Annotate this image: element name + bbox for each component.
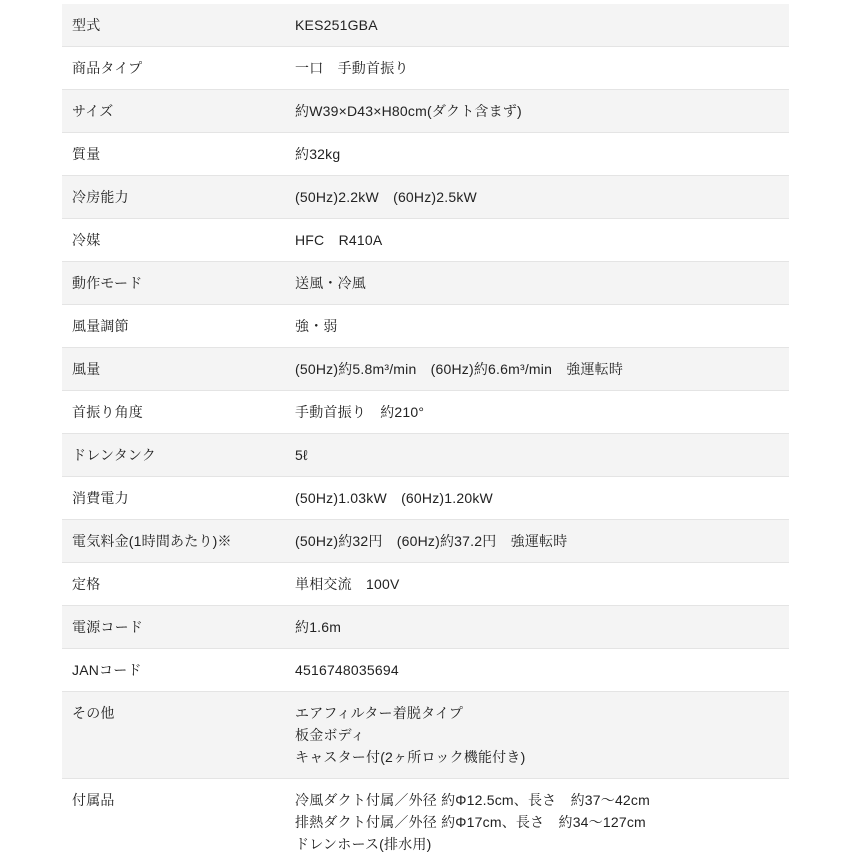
spec-value: 5ℓ: [295, 434, 789, 477]
table-row: 首振り角度 手動首振り 約210°: [62, 391, 789, 434]
table-row: 動作モード 送風・冷風: [62, 262, 789, 305]
spec-label: 質量: [62, 133, 295, 176]
spec-label: 風量: [62, 348, 295, 391]
spec-value: KES251GBA: [295, 4, 789, 47]
spec-value: (50Hz)1.03kW (60Hz)1.20kW: [295, 477, 789, 520]
table-row: その他 エアフィルター着脱タイプ 板金ボディ キャスター付(2ヶ所ロック機能付き…: [62, 692, 789, 779]
spec-label: 型式: [62, 4, 295, 47]
spec-label: 冷媒: [62, 219, 295, 262]
spec-value: 一口 手動首振り: [295, 47, 789, 90]
spec-label: JANコード: [62, 649, 295, 692]
spec-label: 電源コード: [62, 606, 295, 649]
spec-value: エアフィルター着脱タイプ 板金ボディ キャスター付(2ヶ所ロック機能付き): [295, 692, 789, 779]
table-row: 冷房能力 (50Hz)2.2kW (60Hz)2.5kW: [62, 176, 789, 219]
spec-value: 単相交流 100V: [295, 563, 789, 606]
table-row: 消費電力 (50Hz)1.03kW (60Hz)1.20kW: [62, 477, 789, 520]
table-row: サイズ 約W39×D43×H80cm(ダクト含まず): [62, 90, 789, 133]
table-row: 電気料金(1時間あたり)※ (50Hz)約32円 (60Hz)約37.2円 強運…: [62, 520, 789, 563]
spec-value: 約W39×D43×H80cm(ダクト含まず): [295, 90, 789, 133]
spec-label: 首振り角度: [62, 391, 295, 434]
spec-label: 動作モード: [62, 262, 295, 305]
table-row: 定格 単相交流 100V: [62, 563, 789, 606]
spec-label: 定格: [62, 563, 295, 606]
spec-label: 商品タイプ: [62, 47, 295, 90]
spec-label: サイズ: [62, 90, 295, 133]
spec-label: 消費電力: [62, 477, 295, 520]
spec-value: 4516748035694: [295, 649, 789, 692]
table-row: 風量調節 強・弱: [62, 305, 789, 348]
spec-value: (50Hz)2.2kW (60Hz)2.5kW: [295, 176, 789, 219]
spec-label: 風量調節: [62, 305, 295, 348]
spec-value: 強・弱: [295, 305, 789, 348]
product-spec-table: 型式 KES251GBA 商品タイプ 一口 手動首振り サイズ 約W39×D43…: [62, 4, 789, 859]
table-row: 風量 (50Hz)約5.8m³/min (60Hz)約6.6m³/min 強運転…: [62, 348, 789, 391]
spec-value: 手動首振り 約210°: [295, 391, 789, 434]
table-row: ドレンタンク 5ℓ: [62, 434, 789, 477]
table-row: 型式 KES251GBA: [62, 4, 789, 47]
table-row: JANコード 4516748035694: [62, 649, 789, 692]
product-spec-section: 型式 KES251GBA 商品タイプ 一口 手動首振り サイズ 約W39×D43…: [62, 4, 789, 859]
spec-value: 冷風ダクト付属／外径 約Φ12.5cm、長さ 約37〜42cm 排熱ダクト付属／…: [295, 779, 789, 859]
spec-label: ドレンタンク: [62, 434, 295, 477]
table-row: 付属品 冷風ダクト付属／外径 約Φ12.5cm、長さ 約37〜42cm 排熱ダク…: [62, 779, 789, 859]
spec-value: (50Hz)約5.8m³/min (60Hz)約6.6m³/min 強運転時: [295, 348, 789, 391]
spec-label: 付属品: [62, 779, 295, 859]
spec-value: 送風・冷風: [295, 262, 789, 305]
spec-label: 電気料金(1時間あたり)※: [62, 520, 295, 563]
table-row: 質量 約32kg: [62, 133, 789, 176]
spec-label: 冷房能力: [62, 176, 295, 219]
spec-value: HFC R410A: [295, 219, 789, 262]
table-row: 商品タイプ 一口 手動首振り: [62, 47, 789, 90]
spec-value: (50Hz)約32円 (60Hz)約37.2円 強運転時: [295, 520, 789, 563]
spec-value: 約1.6m: [295, 606, 789, 649]
spec-label: その他: [62, 692, 295, 779]
table-row: 電源コード 約1.6m: [62, 606, 789, 649]
spec-value: 約32kg: [295, 133, 789, 176]
table-row: 冷媒 HFC R410A: [62, 219, 789, 262]
